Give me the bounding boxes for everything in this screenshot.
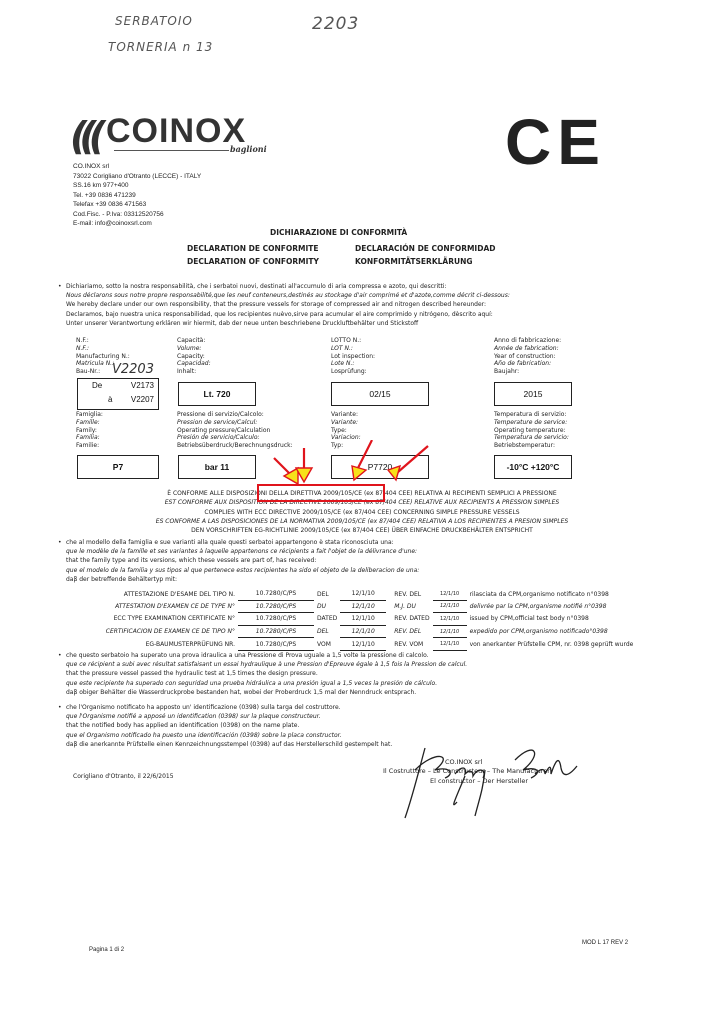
certificate-rev-label: REV. VOM (386, 638, 432, 651)
certificate-date: 12/1/10 (340, 638, 386, 651)
certificate-date-label: DEL (314, 625, 340, 638)
handwritten-number: 2203 (312, 14, 359, 34)
certificate-rev-label: REV. DEL (386, 625, 432, 638)
certificate-row: CERTIFICACION DE EXAMEN CE DE TIPO N°10.… (62, 625, 636, 638)
certificate-rev-date: 12/1/10 (433, 638, 467, 651)
certificate-row: ECC TYPE EXAMINATION CERTIFICATE N°10.72… (62, 613, 636, 626)
year-value: 2015 (494, 382, 572, 406)
company-road: SS.16 km 977+400 (73, 181, 201, 191)
title-italian: DICHIARAZIONE DI CONFORMITÀ (270, 228, 407, 237)
certificate-rev-label: REV. DEL (386, 588, 432, 600)
capacity-value: Lt. 720 (178, 382, 256, 406)
company-tel: Tel. +39 0836 471239 (73, 191, 201, 201)
form-code: MOD L 17 REV 2 (582, 940, 628, 946)
family-value: P7 (77, 455, 159, 479)
pressure-value: bar 11 (178, 455, 256, 479)
certificate-issuer: delivrée par la CPM,organisme notifié n°… (467, 600, 637, 613)
intro-it: Dichiariamo, sotto la nostra responsabil… (66, 282, 510, 291)
handwritten-note-serbatoio: SERBATOIO (115, 14, 193, 28)
year-labels: Anno di fabbricazione: Année de fabricat… (494, 337, 561, 376)
certificate-issuer: expedido por CPM,organismo notificado°03… (467, 625, 637, 638)
title-french: DECLARATION DE CONFORMITE (187, 244, 319, 253)
certificate-row: ATTESTAZIONE D'ESAME DEL TIPO N.10.7280/… (62, 588, 636, 600)
logo-underline (114, 150, 229, 151)
conformity-es: ES CONFORME A LAS DISPOSICIONES DE LA NO… (112, 517, 612, 526)
temperature-value: -10°C +120°C (494, 455, 572, 479)
certificate-issuer: issued by CPM,official test body n°0398 (467, 613, 637, 626)
coinox-logo: ((( COINOX baglioni (70, 112, 240, 158)
capacity-labels: Capacità: Volume: Capacity: Capacidad: I… (177, 337, 211, 376)
intro-es: Declaramos, bajo nuestra unica responsab… (66, 310, 510, 319)
model-approval: • che al modello della famiglia e sue va… (66, 538, 419, 584)
company-tax: Cod.Fisc. - P.Iva: 03312520756 (73, 210, 201, 220)
annotation-arrows-icon (260, 440, 450, 490)
logo-arcs-icon: ((( (70, 114, 98, 158)
certificate-rev-date: 12/1/10 (433, 588, 467, 600)
certificate-number: 10.7280/C/PS (238, 588, 314, 600)
place-date: Corigliano d'Otranto, il 22/6/2015 (73, 772, 174, 781)
certificate-rev-label: REV. DATED (386, 613, 432, 626)
intro-en: We hereby declare under our own responsi… (66, 300, 510, 309)
certificate-date-label: DATED (314, 613, 340, 626)
lot-value: 02/15 (331, 382, 429, 406)
certificate-row: ATTESTATION D'EXAMEN CE DE TYPE N°10.728… (62, 600, 636, 613)
certificate-date: 12/1/10 (340, 625, 386, 638)
company-fax: Telefax +39 0836 471563 (73, 200, 201, 210)
certificate-label: EG-BAUMUSTERPRÜFUNG NR. (62, 638, 238, 651)
certificate-rev-date: 12/1/10 (433, 613, 467, 626)
certificate-number: 10.7280/C/PS (238, 600, 314, 613)
certificate-row: EG-BAUMUSTERPRÜFUNG NR.10.7280/C/PSVOM12… (62, 638, 636, 651)
logo-subbrand: baglioni (230, 144, 267, 154)
certificate-rev-date: 12/1/10 (433, 600, 467, 613)
certificates-table: ATTESTAZIONE D'ESAME DEL TIPO N.10.7280/… (62, 588, 636, 651)
certificate-issuer: von anerkanter Prüfstelle CPM, nr. 0398 … (467, 638, 637, 651)
conformity-en: COMPLIES WITH ECC DIRECTIVE 2009/105/CE … (112, 508, 612, 517)
certificate-issuer: rilasciata da CPM,organismo notificato n… (467, 588, 637, 600)
certificate-rev-label: M.J. DU (386, 600, 432, 613)
handwritten-note-torneria: TORNERIA n 13 (108, 40, 213, 54)
intro-fr: Nous déclarons sous notre propre respons… (66, 291, 510, 300)
handwritten-signature-icon (395, 740, 595, 820)
logo-wordmark: COINOX (106, 112, 246, 151)
nf-range-box: De V2173 à V2207 (77, 378, 159, 410)
lot-labels: LOTTO N.: LOT N.: Lot inspection: Lote N… (331, 337, 375, 376)
matricola-handwritten: V2203 (112, 362, 154, 377)
company-info: CO.INOX srl 73022 Corigliano d'Otranto (… (73, 162, 201, 229)
certificate-date-label: VOM (314, 638, 340, 651)
certificate-label: ECC TYPE EXAMINATION CERTIFICATE N° (62, 613, 238, 626)
certificate-label: CERTIFICACION DE EXAMEN CE DE TIPO N° (62, 625, 238, 638)
ce-mark-icon: CE (505, 105, 615, 175)
hydraulic-test: • che questo serbatoio ha superato una p… (66, 651, 467, 697)
title-spanish: DECLARACIÓN DE CONFORMIDAD (355, 244, 495, 253)
company-address: 73022 Corigliano d'Otranto (LECCE) - ITA… (73, 172, 201, 182)
title-german: KONFORMITÄTSERKLÄRUNG (355, 257, 473, 266)
certificate-number: 10.7280/C/PS (238, 625, 314, 638)
certificate-date: 12/1/10 (340, 600, 386, 613)
family-labels: Famiglia: Famille: Family: Familia: Fami… (76, 411, 103, 450)
certificate-rev-date: 12/1/10 (433, 625, 467, 638)
certificate-date: 12/1/10 (340, 613, 386, 626)
certificate-label: ATTESTAZIONE D'ESAME DEL TIPO N. (62, 588, 238, 600)
page-number: Pagina 1 di 2 (89, 947, 124, 953)
certificate-number: 10.7280/C/PS (238, 638, 314, 651)
company-email: E-mail: info@coinoxsrl.com (73, 219, 201, 229)
intro-declaration: • Dichiariamo, sotto la nostra responsab… (66, 282, 510, 328)
temperature-labels: Temperatura di servizio: Temperature de … (494, 411, 569, 450)
certificate-date-label: DU (314, 600, 340, 613)
directive-highlight-box (257, 484, 385, 502)
company-name: CO.INOX srl (73, 162, 201, 172)
certificate-label: ATTESTATION D'EXAMEN CE DE TYPE N° (62, 600, 238, 613)
bullet: • (58, 282, 62, 291)
title-english: DECLARATION OF CONFORMITY (187, 257, 319, 266)
certificate-date-label: DEL (314, 588, 340, 600)
conformity-de: DEN VORSCHRIFTEN EG-RICHTLINIE 2009/105/… (112, 526, 612, 535)
notified-body: • che l'Organismo notificato ha apposto … (66, 703, 392, 749)
intro-de: Unter unserer Verantwortung erklären wir… (66, 319, 510, 328)
certificate-number: 10.7280/C/PS (238, 613, 314, 626)
certificate-date: 12/1/10 (340, 588, 386, 600)
